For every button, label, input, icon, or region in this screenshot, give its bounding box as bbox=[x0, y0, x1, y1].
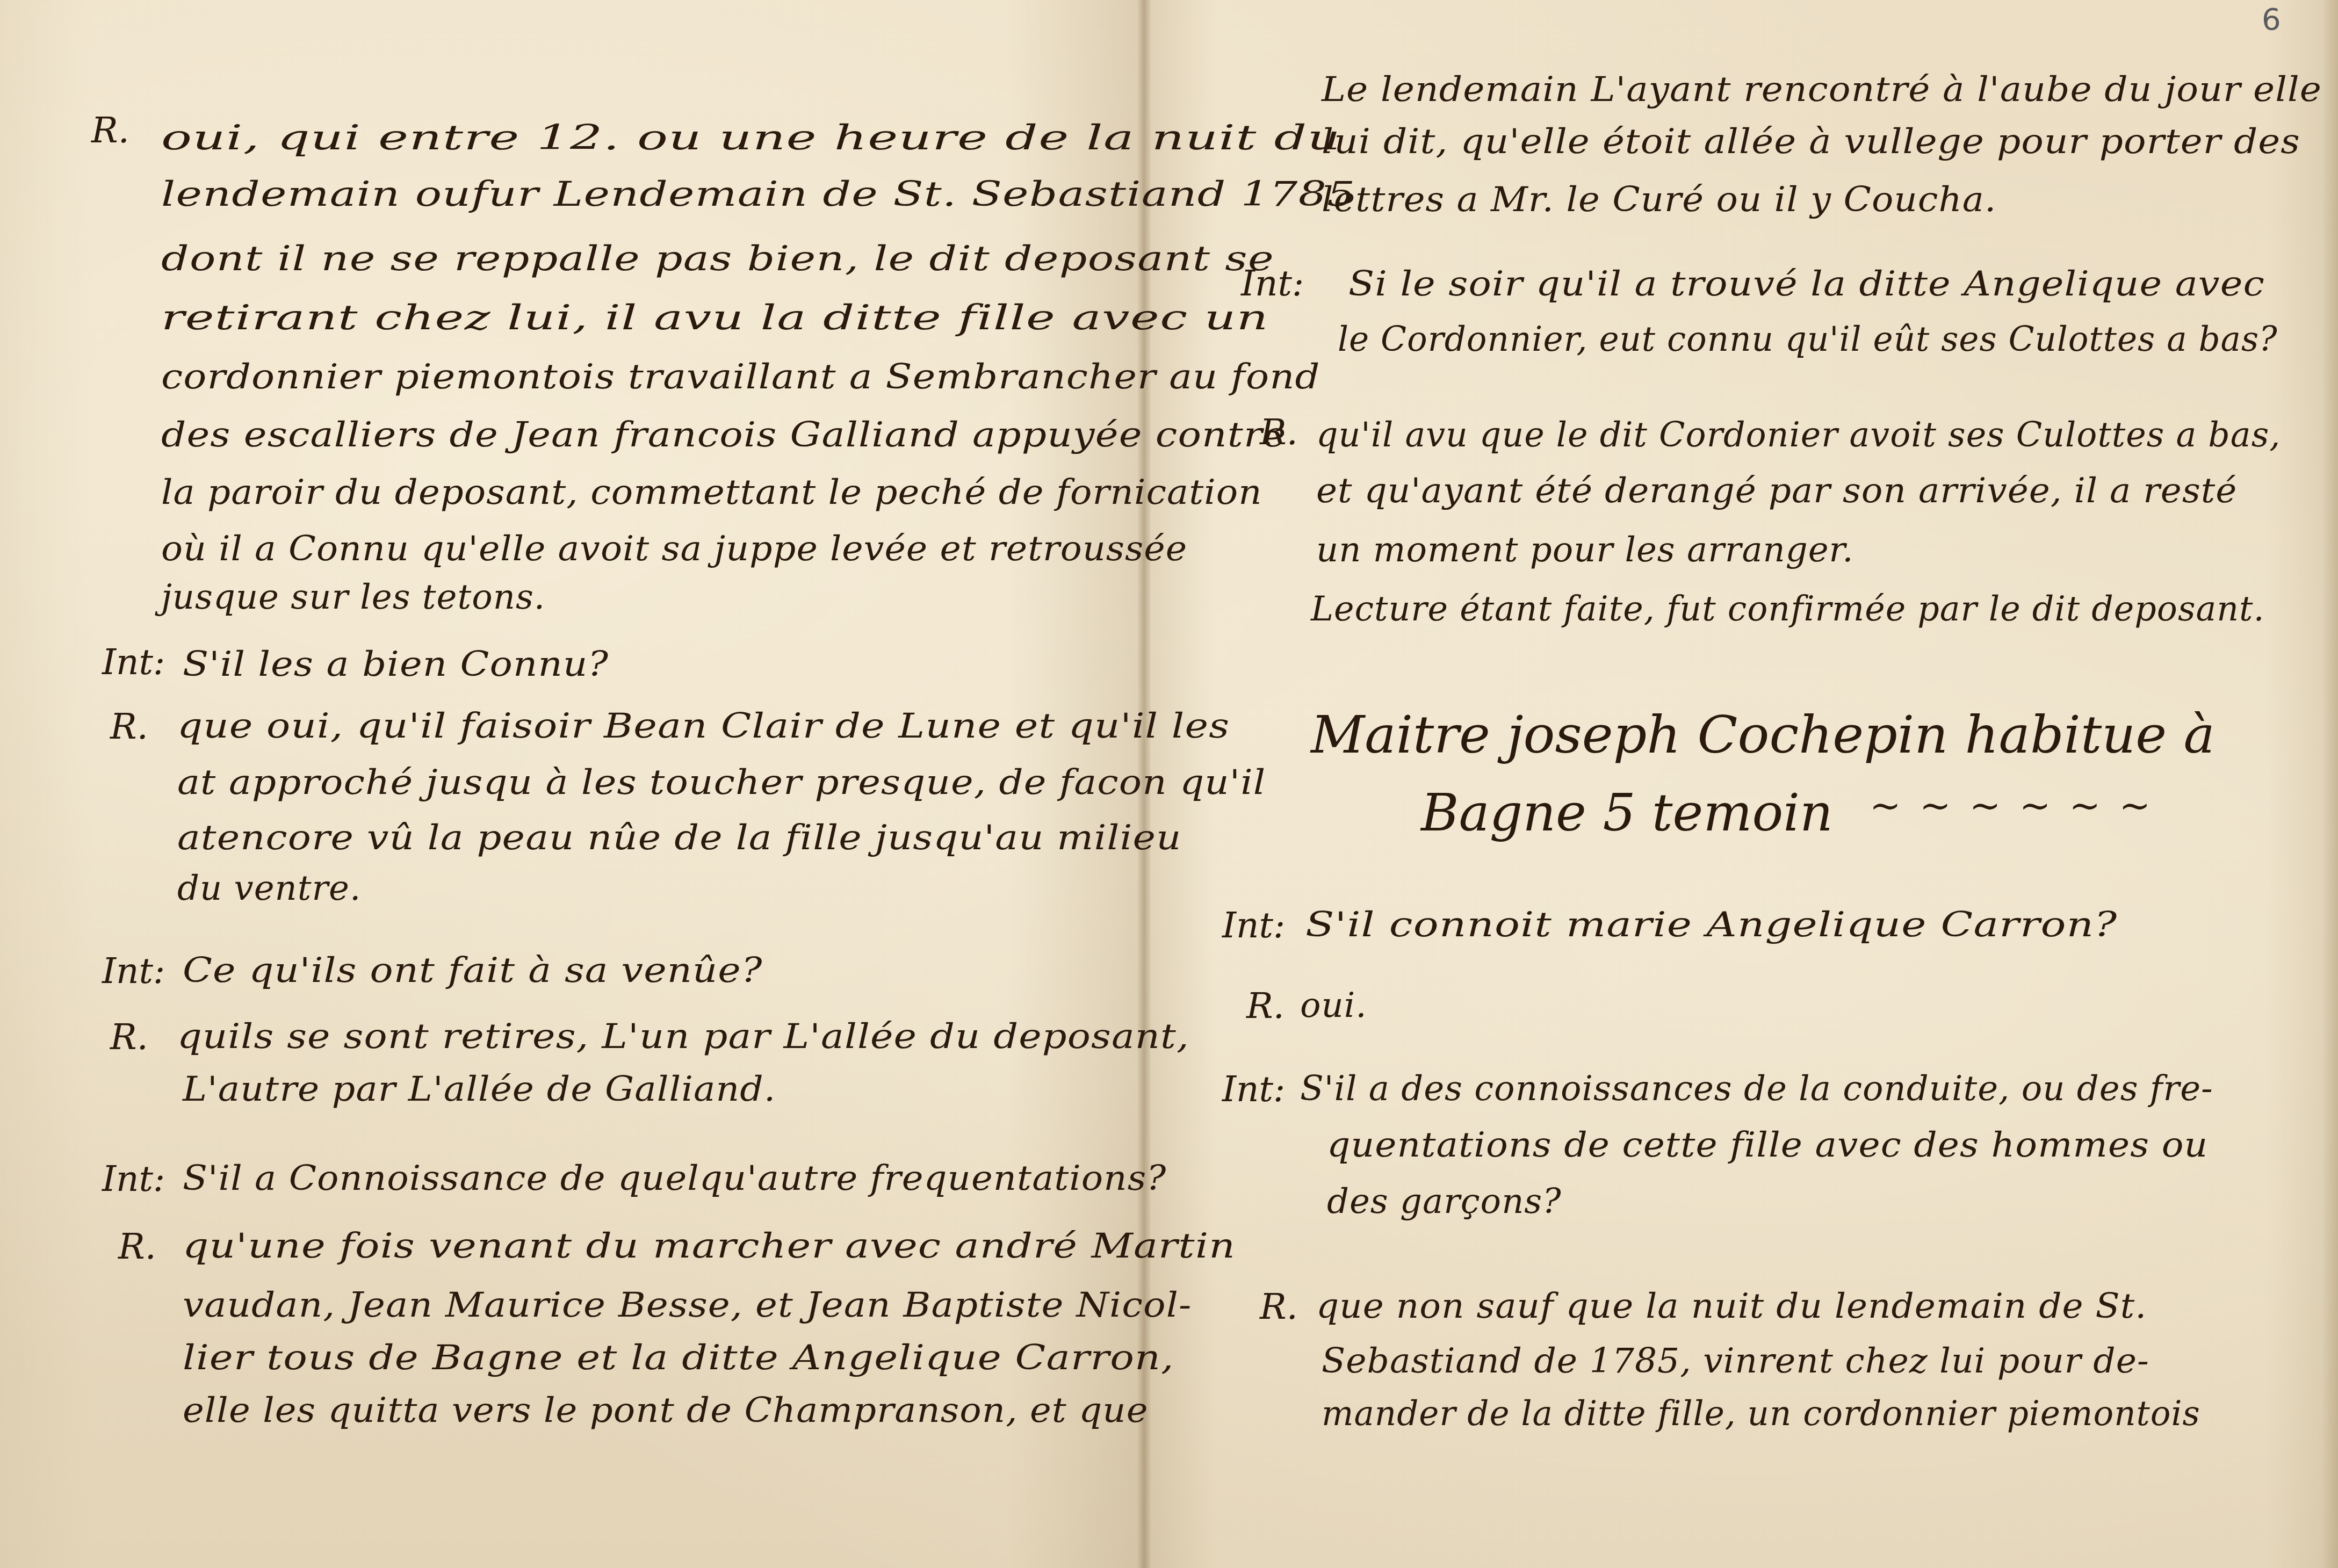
text-line: S'il les a bien Connu? bbox=[183, 647, 609, 682]
interrogation-marker: Int: bbox=[102, 953, 165, 989]
text-line: dont il ne se reppalle pas bien, le dit … bbox=[161, 242, 1274, 276]
interrogation-marker: Int: bbox=[1222, 1072, 1285, 1107]
response-marker: R. bbox=[1260, 1289, 1298, 1325]
text-line: du ventre. bbox=[177, 871, 361, 906]
text-line: qu'une fois venant du marcher avec andré… bbox=[183, 1229, 1236, 1263]
page-edge bbox=[2322, 0, 2338, 1568]
text-line: la paroir du deposant, commettant le pec… bbox=[161, 475, 1262, 510]
text-line: vaudan, Jean Maurice Besse, et Jean Bapt… bbox=[183, 1288, 1192, 1323]
text-line: cordonnier piemontois travaillant a Semb… bbox=[161, 360, 1320, 394]
text-line: qu'il avu que le dit Cordonier avoit ses… bbox=[1316, 418, 2281, 452]
text-line: oui. bbox=[1300, 988, 1367, 1023]
response-marker: R. bbox=[91, 113, 129, 148]
witness-heading-line1: Maitre joseph Cochepin habitue à bbox=[1311, 709, 2215, 761]
text-line: lendemain oufur Lendemain de St. Sebasti… bbox=[161, 177, 1355, 212]
page-number: 6 bbox=[2262, 2, 2281, 37]
text-line: le Cordonnier, eut connu qu'il eût ses C… bbox=[1338, 322, 2278, 357]
text-line: Le lendemain L'ayant rencontré à l'aube … bbox=[1322, 73, 2322, 107]
text-line: S'il a des connoissances de la conduite,… bbox=[1300, 1072, 2213, 1106]
manuscript-spread: 6 R. oui, qui entre 12. ou une heure de … bbox=[0, 0, 2338, 1568]
text-line: oui, qui entre 12. ou une heure de la nu… bbox=[161, 121, 1341, 155]
response-marker: R. bbox=[1260, 415, 1298, 450]
response-marker: R. bbox=[110, 709, 148, 745]
text-line: L'autre par L'allée de Galliand. bbox=[183, 1072, 776, 1107]
text-line: quils se sont retires, L'un par L'allée … bbox=[177, 1020, 1189, 1054]
text-line: des garçons? bbox=[1327, 1184, 1562, 1219]
flourish: ~ ~ ~ ~ ~ ~ bbox=[1870, 787, 2154, 825]
text-line: lier tous de Bagne et la ditte Angelique… bbox=[183, 1341, 1174, 1375]
text-line: Lecture étant faite, fut confirmée par l… bbox=[1311, 592, 2265, 626]
interrogation-marker: Int: bbox=[102, 645, 165, 680]
text-line: jusque sur les tetons. bbox=[161, 580, 545, 615]
text-line: lui dit, qu'elle étoit allée à vullege p… bbox=[1322, 125, 2300, 159]
text-line: atencore vû la peau nûe de la fille jusq… bbox=[177, 821, 1181, 855]
interrogation-marker: Int: bbox=[102, 1161, 165, 1197]
witness-heading-line2: Bagne 5 temoin bbox=[1421, 787, 1833, 839]
text-line: Sebastiand de 1785, vinrent chez lui pou… bbox=[1322, 1344, 2149, 1378]
text-line: S'il a Connoissance de quelqu'autre freq… bbox=[183, 1161, 1166, 1196]
text-line: lettres a Mr. le Curé ou il y Coucha. bbox=[1322, 183, 1996, 217]
interrogation-marker: Int: bbox=[1222, 908, 1285, 943]
text-line: S'il connoit marie Angelique Carron? bbox=[1305, 908, 2117, 942]
text-line: que non sauf que la nuit du lendemain de… bbox=[1316, 1289, 2147, 1324]
text-line: où il a Connu qu'elle avoit sa juppe lev… bbox=[161, 532, 1187, 566]
text-line: mander de la ditte fille, un cordonnier … bbox=[1322, 1397, 2200, 1431]
text-line: elle les quitta vers le pont de Champran… bbox=[183, 1393, 1148, 1428]
interrogation-marker: Int: bbox=[1241, 266, 1304, 301]
response-marker: R. bbox=[1246, 988, 1285, 1024]
response-marker: R. bbox=[118, 1229, 156, 1264]
text-line: et qu'ayant été derangé par son arrivée,… bbox=[1316, 474, 2237, 508]
text-line: que oui, qu'il faisoir Bean Clair de Lun… bbox=[177, 709, 1230, 743]
text-line: des escalliers de Jean francois Galliand… bbox=[161, 418, 1287, 452]
text-line: Ce qu'ils ont fait à sa venûe? bbox=[183, 953, 762, 988]
text-line: un moment pour les arranger. bbox=[1316, 533, 1854, 567]
text-line: retirant chez lui, il avu la ditte fille… bbox=[161, 301, 1269, 335]
text-line: quentations de cette fille avec des homm… bbox=[1327, 1128, 2208, 1162]
response-marker: R. bbox=[110, 1020, 148, 1055]
text-line: Si le soir qu'il a trouvé la ditte Angel… bbox=[1348, 267, 2265, 301]
text-line: at approché jusqu à les toucher presque,… bbox=[177, 765, 1266, 800]
